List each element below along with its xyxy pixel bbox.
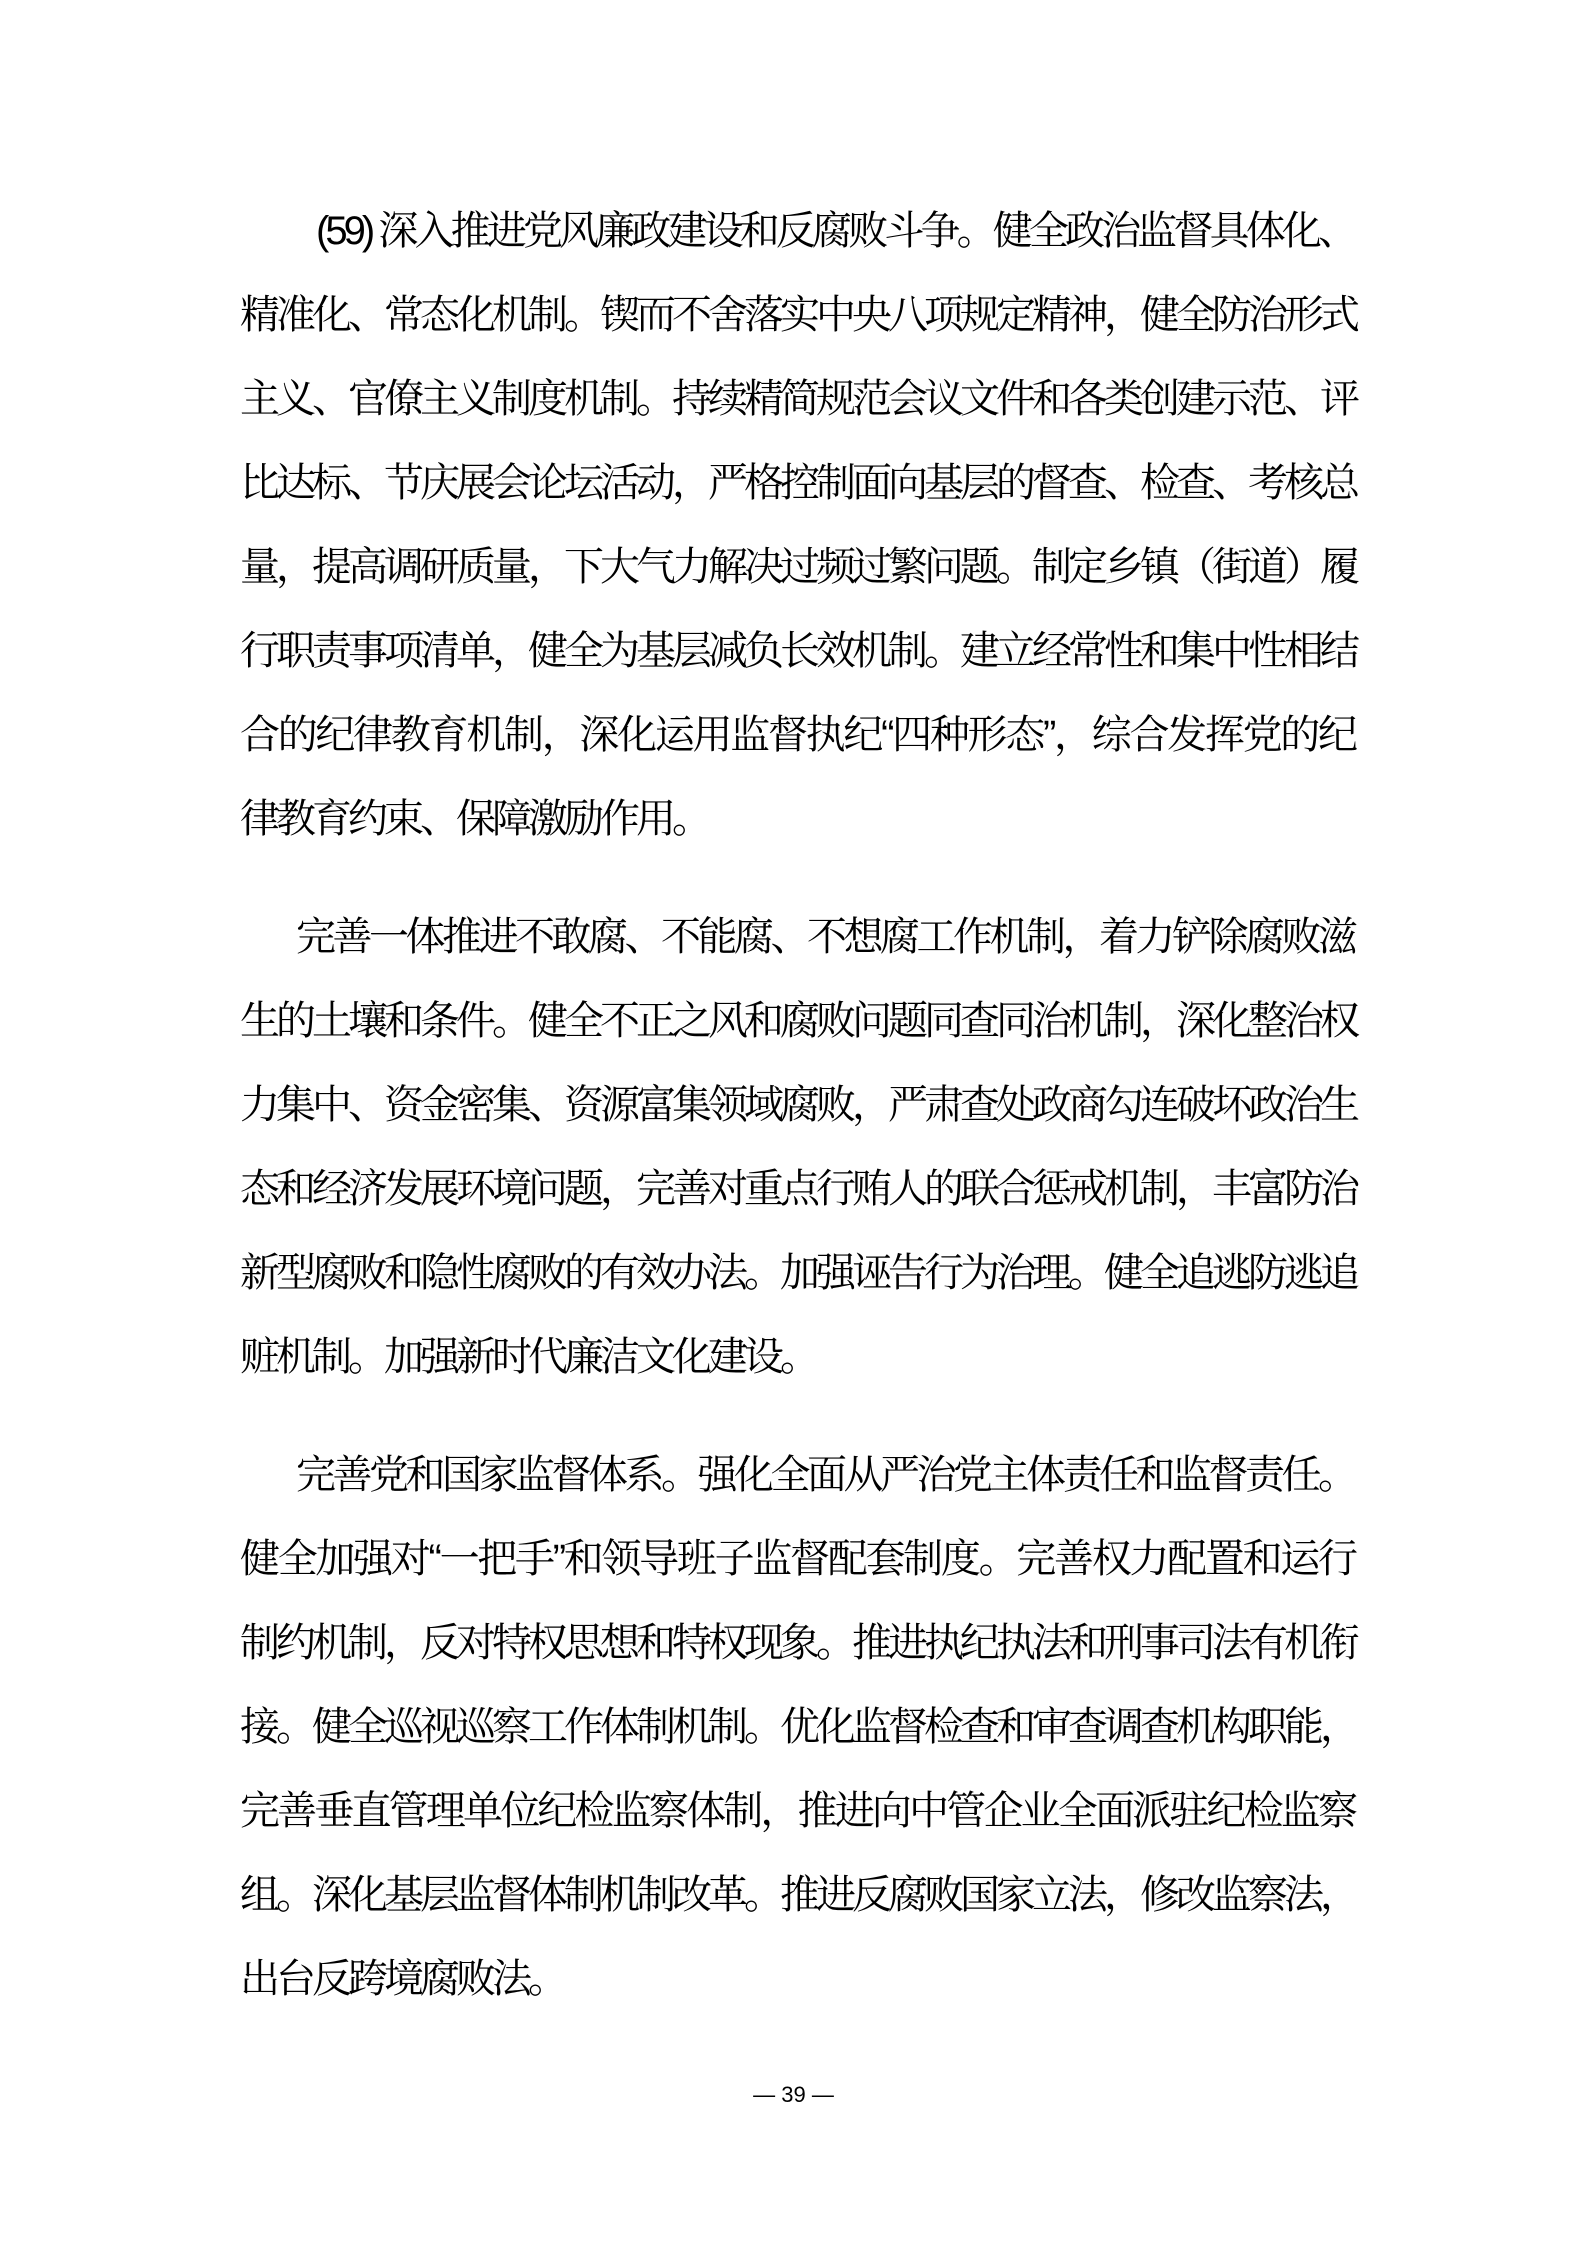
paragraph: (59) 深入推进党风廉政建设和反腐败斗争。健全政治监督具体化、 精准化、常态化… xyxy=(240,189,1354,861)
text-line: 合的纪律教育机制，深化运用监督执纪“四种形态”，综合发挥党的纪 xyxy=(240,693,1354,777)
paragraph: 完善一体推进不敢腐、不能腐、不想腐工作机制，着力铲除腐败滋 生的土壤和条件。健全… xyxy=(240,895,1354,1399)
paragraph: 完善党和国家监督体系。强化全面从严治党主体责任和监督责任。 健全加强对“一把手”… xyxy=(240,1433,1354,2021)
text-line: 量，提高调研质量，下大气力解决过频过繁问题。制定乡镇（街道）履 xyxy=(240,525,1354,609)
text-line: 力集中、资金密集、资源富集领域腐败，严肃查处政商勾连破坏政治生 xyxy=(240,1063,1354,1147)
text-line: (59) 深入推进党风廉政建设和反腐败斗争。健全政治监督具体化、 xyxy=(240,189,1354,273)
text-line: 组。深化基层监督体制机制改革。推进反腐败国家立法，修改监察法， xyxy=(240,1853,1354,1937)
text-line: 健全加强对“一把手”和领导班子监督配套制度。完善权力配置和运行 xyxy=(240,1517,1354,1601)
text-line: 制约机制，反对特权思想和特权现象。推进执纪执法和刑事司法有机衔 xyxy=(240,1601,1354,1685)
text-line: 出台反跨境腐败法。 xyxy=(240,1937,1354,2021)
text-line: 律教育约束、保障激励作用。 xyxy=(240,777,1354,861)
text-line: 接。健全巡视巡察工作体制机制。优化监督检查和审查调查机构职能， xyxy=(240,1685,1354,1769)
text-line: 行职责事项清单，健全为基层减负长效机制。建立经常性和集中性相结 xyxy=(240,609,1354,693)
document-body: (59) 深入推进党风廉政建设和反腐败斗争。健全政治监督具体化、 精准化、常态化… xyxy=(240,189,1354,2021)
text-line: 完善一体推进不敢腐、不能腐、不想腐工作机制，着力铲除腐败滋 xyxy=(240,895,1354,979)
document-page: (59) 深入推进党风廉政建设和反腐败斗争。健全政治监督具体化、 精准化、常态化… xyxy=(0,0,1587,2245)
text-line: 赃机制。加强新时代廉洁文化建设。 xyxy=(240,1315,1354,1399)
text-line: 态和经济发展环境问题，完善对重点行贿人的联合惩戒机制，丰富防治 xyxy=(240,1147,1354,1231)
text-line: 比达标、节庆展会论坛活动，严格控制面向基层的督查、检查、考核总 xyxy=(240,441,1354,525)
text-line: 完善党和国家监督体系。强化全面从严治党主体责任和监督责任。 xyxy=(240,1433,1354,1517)
text-line: 生的土壤和条件。健全不正之风和腐败问题同查同治机制，深化整治权 xyxy=(240,979,1354,1063)
text-line: 完善垂直管理单位纪检监察体制，推进向中管企业全面派驻纪检监察 xyxy=(240,1769,1354,1853)
text-line: 新型腐败和隐性腐败的有效办法。加强诬告行为治理。健全追逃防逃追 xyxy=(240,1231,1354,1315)
text-line: 主义、官僚主义制度机制。持续精简规范会议文件和各类创建示范、评 xyxy=(240,357,1354,441)
page-number: — 39 — xyxy=(0,2082,1587,2108)
text-line: 精准化、常态化机制。锲而不舍落实中央八项规定精神，健全防治形式 xyxy=(240,273,1354,357)
